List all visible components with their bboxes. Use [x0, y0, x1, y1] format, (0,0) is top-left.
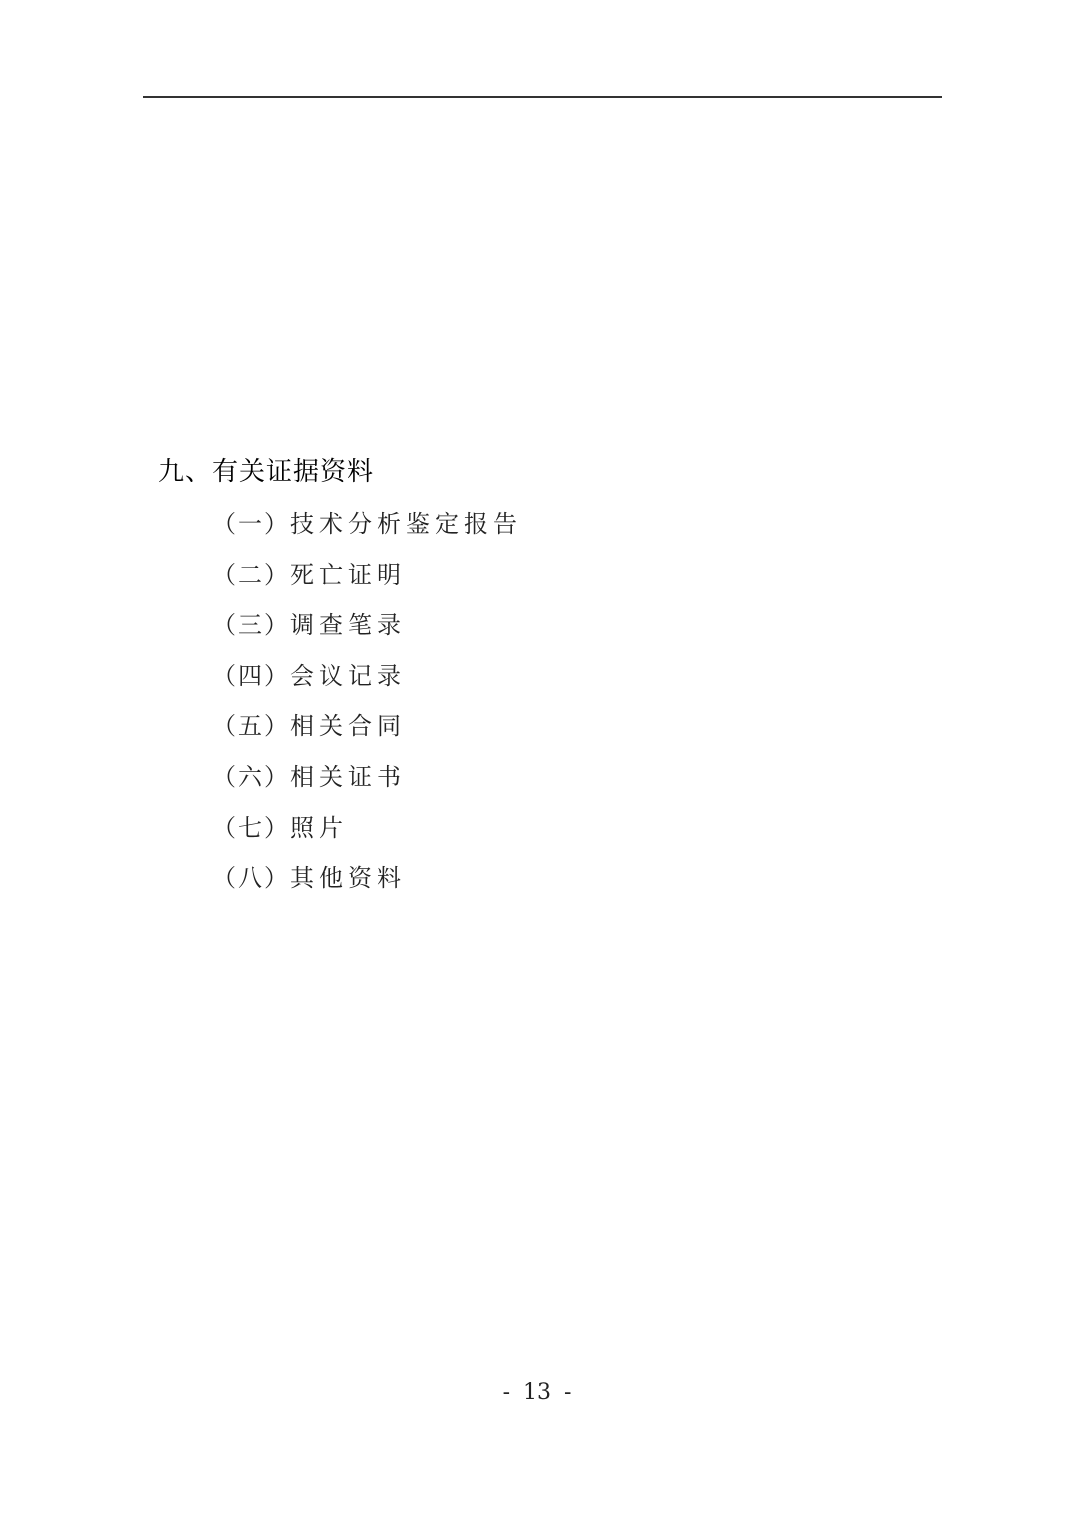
header-rule: [143, 96, 942, 98]
evidence-list: （一）技术分析鉴定报告 （二）死亡证明 （三）调查笔录 （四）会议记录 （五）相…: [212, 506, 522, 911]
list-item: （二）死亡证明: [212, 557, 522, 608]
item-number: （二）: [212, 557, 290, 593]
item-text: 死亡证明: [290, 561, 406, 589]
page-number: - 13 -: [0, 1380, 1074, 1405]
item-number: （一）: [212, 506, 290, 542]
item-number: （四）: [212, 658, 290, 694]
list-item: （四）会议记录: [212, 658, 522, 709]
item-number: （七）: [212, 810, 290, 846]
item-text: 相关合同: [290, 712, 406, 740]
item-text: 照片: [290, 814, 348, 842]
list-item: （七）照片: [212, 810, 522, 861]
item-text: 会议记录: [290, 662, 406, 690]
item-number: （五）: [212, 708, 290, 744]
item-number: （六）: [212, 759, 290, 795]
item-text: 其他资料: [290, 864, 406, 892]
list-item: （六）相关证书: [212, 759, 522, 810]
item-number: （八）: [212, 860, 290, 896]
item-number: （三）: [212, 607, 290, 643]
item-text: 技术分析鉴定报告: [290, 510, 522, 538]
list-item: （一）技术分析鉴定报告: [212, 506, 522, 557]
section-heading: 九、有关证据资料: [158, 454, 374, 490]
list-item: （三）调查笔录: [212, 607, 522, 658]
item-text: 相关证书: [290, 763, 406, 791]
item-text: 调查笔录: [290, 611, 406, 639]
list-item: （五）相关合同: [212, 708, 522, 759]
list-item: （八）其他资料: [212, 860, 522, 911]
